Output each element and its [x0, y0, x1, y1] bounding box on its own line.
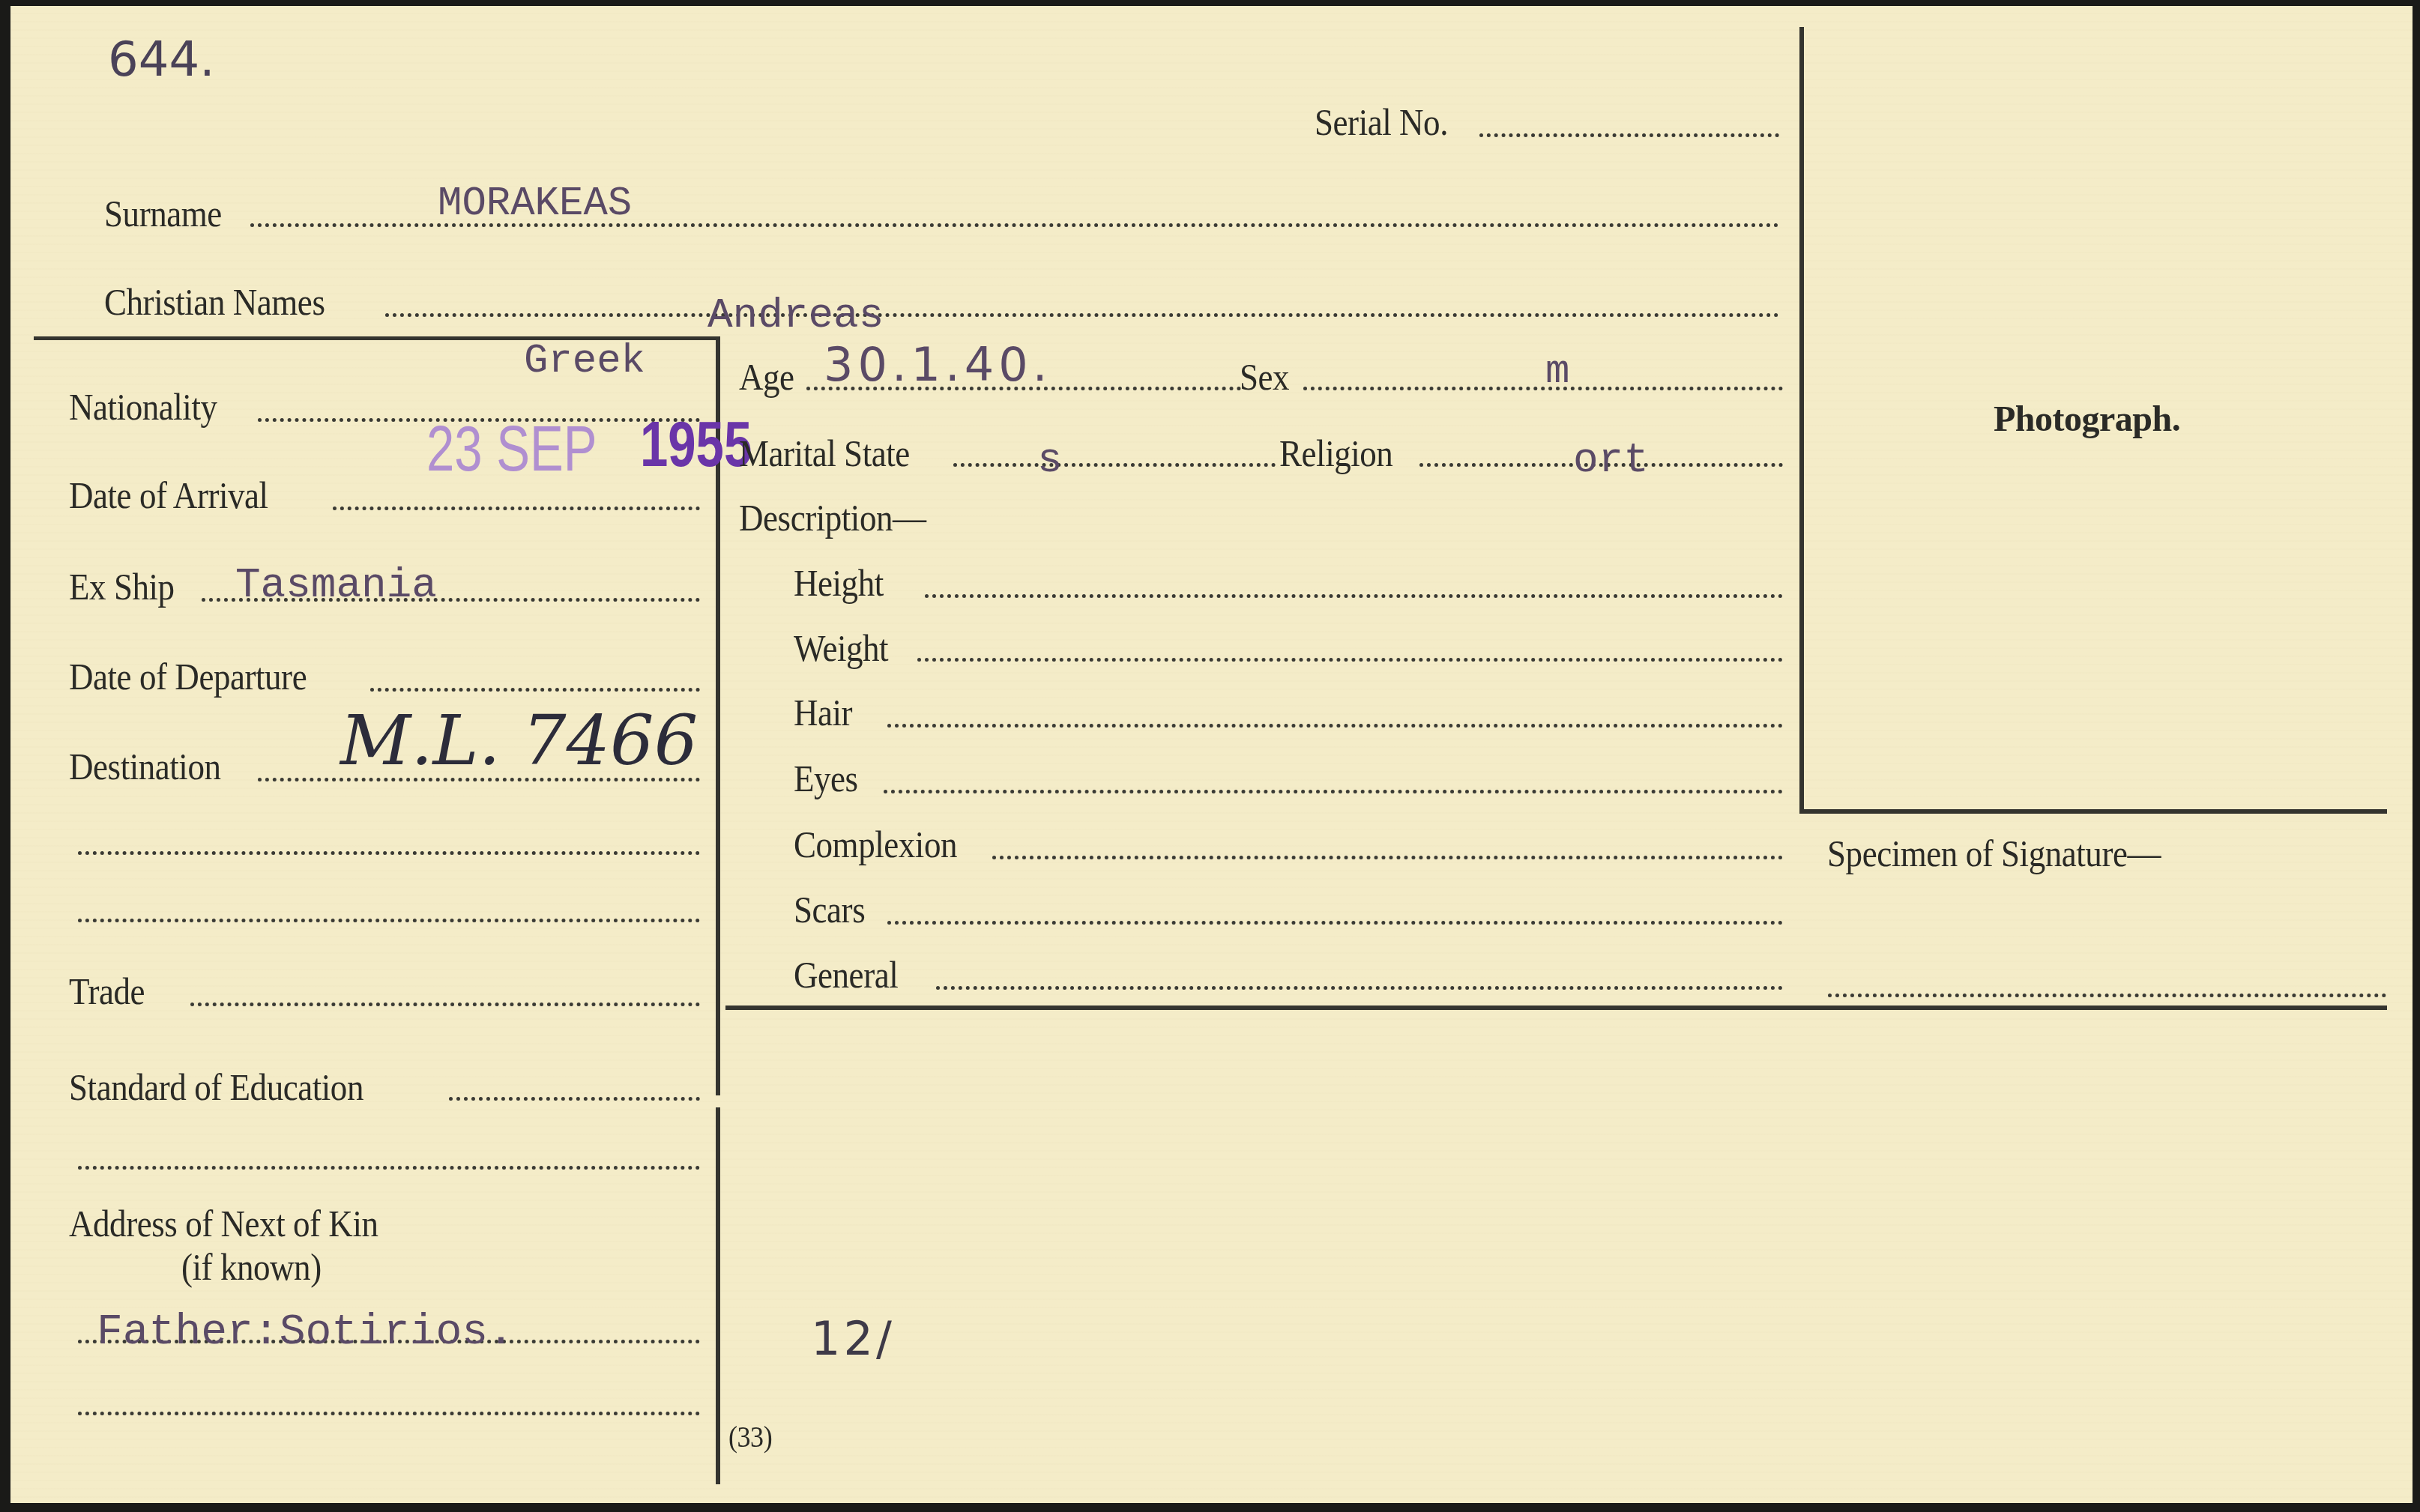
general-label: General [794, 956, 898, 994]
scars-field[interactable] [887, 921, 1783, 925]
next-of-kin-value: Father:Sotirios. [97, 1311, 514, 1355]
age-value: 30.1.40. [824, 342, 1051, 388]
marital-state-field[interactable] [953, 463, 1276, 467]
registration-card: 644. Serial No. Surname MORAKEAS Christi… [10, 6, 2413, 1503]
christian-names-label: Christian Names [104, 283, 325, 321]
left-column-rule-lower [716, 1107, 720, 1484]
date-of-arrival-field[interactable] [333, 506, 700, 510]
weight-field[interactable] [917, 658, 1783, 662]
standard-of-education-field[interactable] [449, 1097, 700, 1101]
destination-extra-line-2[interactable] [78, 919, 700, 922]
date-of-departure-field[interactable] [370, 688, 700, 692]
surname-label: Surname [104, 195, 222, 232]
serial-no-field[interactable] [1479, 133, 1779, 137]
destination-field[interactable] [258, 778, 700, 781]
marital-state-value: s [1037, 439, 1063, 481]
eyes-label: Eyes [794, 760, 858, 797]
description-heading: Description— [739, 499, 926, 536]
destination-extra-line-1[interactable] [78, 851, 700, 855]
ex-ship-label: Ex Ship [69, 568, 175, 605]
form-number: (33) [728, 1422, 772, 1452]
signature-label: Specimen of Signature— [1827, 835, 2161, 872]
photo-box-bottom-rule [1799, 809, 2387, 814]
religion-label: Religion [1279, 435, 1392, 472]
christian-names-value: Andreas [707, 294, 884, 336]
trade-label: Trade [69, 973, 145, 1010]
trade-field[interactable] [190, 1003, 700, 1006]
ex-ship-value: Tasmania [235, 564, 437, 606]
scars-label: Scars [794, 891, 865, 928]
christian-names-field[interactable] [385, 313, 1779, 317]
hair-field[interactable] [887, 724, 1783, 728]
height-label: Height [794, 564, 884, 602]
nationality-label: Nationality [69, 388, 217, 426]
description-bottom-rule [725, 1006, 2387, 1010]
nationality-value: Greek [524, 342, 645, 382]
complexion-field[interactable] [992, 856, 1783, 859]
signature-field[interactable] [1828, 994, 2386, 997]
destination-value: M.L. 7466 [340, 707, 698, 775]
eyes-field[interactable] [884, 790, 1783, 793]
arrival-date-stamp-year: 1955 [640, 412, 752, 477]
date-of-departure-label: Date of Departure [69, 658, 307, 695]
date-of-arrival-label: Date of Arrival [69, 477, 268, 514]
photo-box-left-rule [1799, 27, 1804, 814]
surname-value: MORAKEAS [438, 184, 632, 225]
age-label: Age [739, 358, 794, 396]
serial-no-label: Serial No. [1315, 103, 1448, 141]
height-field[interactable] [925, 594, 1783, 598]
general-field[interactable] [936, 986, 1783, 990]
card-number: 644. [108, 36, 215, 84]
religion-value: ort [1573, 439, 1649, 481]
standard-of-education-label: Standard of Education [69, 1068, 363, 1106]
standard-of-education-extra-line[interactable] [78, 1166, 700, 1170]
photograph-label: Photograph. [1994, 402, 2180, 438]
next-of-kin-label: Address of Next of Kin [69, 1205, 378, 1242]
arrival-date-stamp-day-month: 23 SEP [426, 417, 597, 481]
sex-field[interactable] [1303, 387, 1783, 390]
sex-value: m [1545, 352, 1569, 393]
marital-state-label: Marital State [739, 435, 910, 472]
complexion-label: Complexion [794, 826, 957, 863]
next-of-kin-sublabel: (if known) [181, 1248, 322, 1286]
fee-annotation: 12/ [811, 1316, 895, 1362]
destination-label: Destination [69, 748, 221, 785]
next-of-kin-extra-line[interactable] [78, 1412, 700, 1415]
hair-label: Hair [794, 694, 852, 731]
sex-label: Sex [1240, 358, 1289, 396]
weight-label: Weight [794, 629, 888, 667]
